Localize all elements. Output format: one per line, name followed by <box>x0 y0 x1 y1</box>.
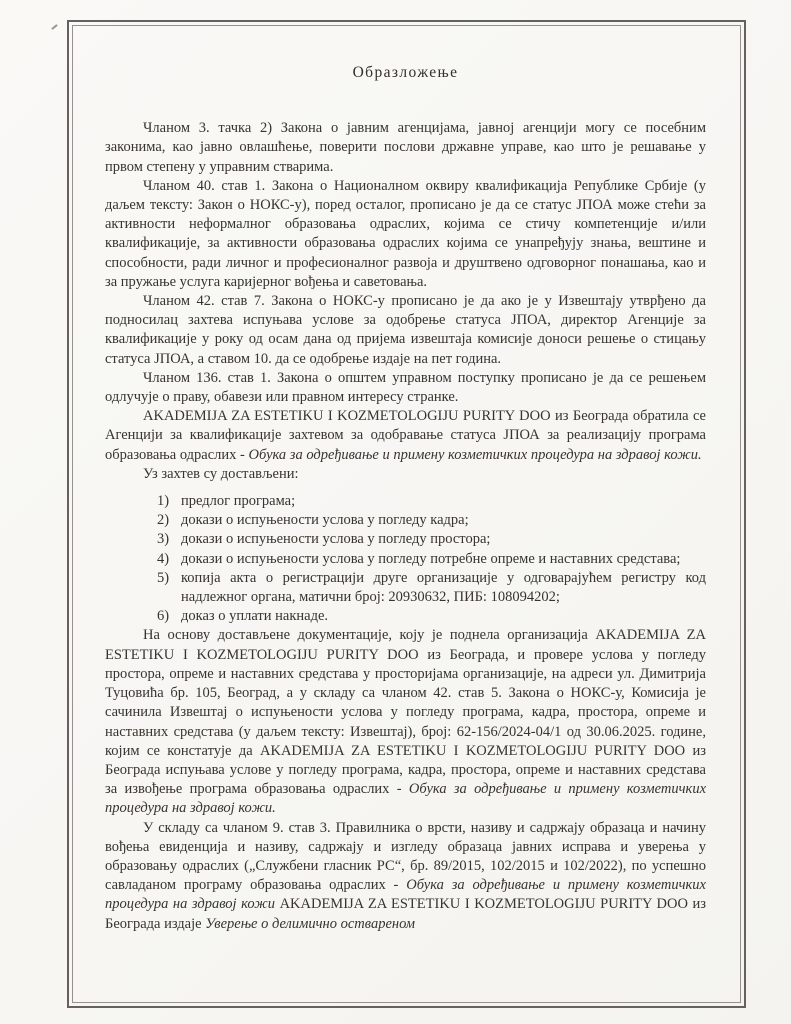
list-item: 5) копија акта о регистрацији друге орга… <box>157 569 706 607</box>
paragraph-article-136: Чланом 136. став 1. Закона о општем упра… <box>105 369 706 407</box>
paragraph-text: Чланом 136. став 1. Закона о општем упра… <box>105 370 706 405</box>
paragraph-text: На основу достављене документације, коју… <box>105 627 706 797</box>
list-item-text: докази о испуњености услова у погледу ка… <box>181 511 706 530</box>
paragraph-article-40: Чланом 40. став 1. Закона о Националном … <box>105 177 706 292</box>
attachments-list: 1) предлог програма; 2) докази о испуњен… <box>105 492 706 626</box>
paragraph-request-submission: AKADEMIJA ZA ESTETIKU I KOZMETOLOGIJU PU… <box>105 407 706 465</box>
list-item: 4) докази о испуњености услова у погледу… <box>157 550 706 569</box>
list-item-number: 5) <box>157 569 181 607</box>
page-border-frame: Образложење Чланом 3. тачка 2) Закона о … <box>67 20 746 1008</box>
list-item-text: докази о испуњености услова у погледу пр… <box>181 530 706 549</box>
paragraph-report-findings: На основу достављене документације, коју… <box>105 626 706 818</box>
page-border-inner-line: Образложење Чланом 3. тачка 2) Закона о … <box>72 25 741 1003</box>
list-item-number: 6) <box>157 607 181 626</box>
paragraph-article-3: Чланом 3. тачка 2) Закона о јавним агенц… <box>105 119 706 177</box>
program-name-italic: Обука за одређивање и примену козметички… <box>249 447 702 463</box>
scanned-page-background: Образложење Чланом 3. тачка 2) Закона о … <box>0 0 791 1024</box>
list-item-number: 3) <box>157 530 181 549</box>
list-item-text: доказ о уплати накнаде. <box>181 607 706 626</box>
paragraph-article-42: Чланом 42. став 7. Закона о НОКС-у пропи… <box>105 292 706 369</box>
paragraph-text: Уз захтев су достављени: <box>143 466 299 482</box>
certificate-name-italic: Уверење о делимично оствареном <box>205 916 415 932</box>
list-item-text: докази о испуњености услова у погледу по… <box>181 550 706 569</box>
document-content: Образложење Чланом 3. тачка 2) Закона о … <box>105 63 706 994</box>
list-item-text: копија акта о регистрацији друге организ… <box>181 569 706 607</box>
paragraph-text: Чланом 40. став 1. Закона о Националном … <box>105 178 706 290</box>
list-item-number: 1) <box>157 492 181 511</box>
list-item: 1) предлог програма; <box>157 492 706 511</box>
paragraph-text: Чланом 3. тачка 2) Закона о јавним агенц… <box>105 120 706 174</box>
attachments-intro: Уз захтев су достављени: <box>105 465 706 484</box>
list-item: 6) доказ о уплати накнаде. <box>157 607 706 626</box>
document-title: Образложење <box>105 63 706 82</box>
list-item: 3) докази о испуњености услова у погледу… <box>157 530 706 549</box>
list-item-number: 4) <box>157 550 181 569</box>
paragraph-certificate-issuance: У складу са чланом 9. став 3. Правилника… <box>105 819 706 934</box>
scan-artifact-mark <box>51 24 58 30</box>
list-item-text: предлог програма; <box>181 492 706 511</box>
list-item: 2) докази о испуњености услова у погледу… <box>157 511 706 530</box>
paragraph-text: Чланом 42. став 7. Закона о НОКС-у пропи… <box>105 293 706 367</box>
list-item-number: 2) <box>157 511 181 530</box>
